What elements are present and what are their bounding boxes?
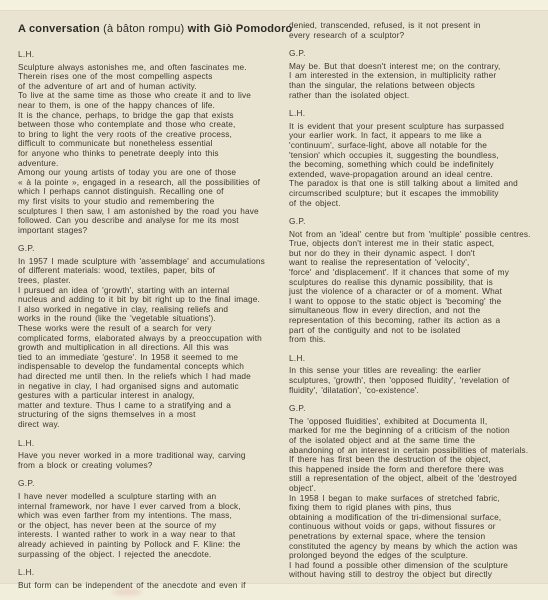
speaker-label: G.P.	[18, 479, 268, 489]
left-column-text: L.H.Sculpture always astonishes me, and …	[18, 50, 268, 590]
right-column: denied, transcended, refused, is it not …	[289, 21, 538, 600]
right-column-text: denied, transcended, refused, is it not …	[289, 21, 538, 580]
speaker-label: L.H.	[18, 50, 268, 60]
paragraph: denied, transcended, refused, is it not …	[289, 21, 538, 40]
title-interviewee: with Giò Pomodoro	[188, 23, 293, 35]
speaker-label: L.H.	[289, 354, 538, 364]
page-title: A conversation (à bâton rompu) with Giò …	[18, 23, 268, 36]
speaker-label: L.H.	[18, 568, 268, 578]
left-column: A conversation (à bâton rompu) with Giò …	[18, 21, 268, 600]
paragraph: Not from an 'ideal' centre but from 'mul…	[289, 230, 538, 345]
speaker-label: G.P.	[289, 217, 538, 227]
paragraph: Sculpture always astonishes me, and ofte…	[18, 63, 268, 236]
title-parenthetical: (à bâton rompu)	[100, 23, 188, 35]
paragraph: In 1957 I made sculpture with 'assemblag…	[18, 257, 268, 430]
paragraph: I have never modelled a sculpture starti…	[18, 492, 268, 559]
speaker-label: G.P.	[18, 244, 268, 254]
paragraph: It is evident that your present sculptur…	[289, 122, 538, 208]
speaker-label: G.P.	[289, 404, 538, 414]
title-main: A conversation	[18, 23, 100, 35]
paragraph: May be. But that doesn't interest me; on…	[289, 62, 538, 100]
paragraph: Have you never worked in a more traditio…	[18, 451, 268, 470]
paragraph: In this sense your titles are revealing:…	[289, 366, 538, 395]
speaker-label: G.P.	[289, 49, 538, 59]
page: A conversation (à bâton rompu) with Giò …	[0, 0, 548, 600]
speaker-label: L.H.	[289, 109, 538, 119]
speaker-label: L.H.	[18, 439, 268, 449]
paragraph: The 'opposed fluidities', exhibited at D…	[289, 417, 538, 580]
paragraph: But form can be independent of the anecd…	[18, 581, 268, 591]
